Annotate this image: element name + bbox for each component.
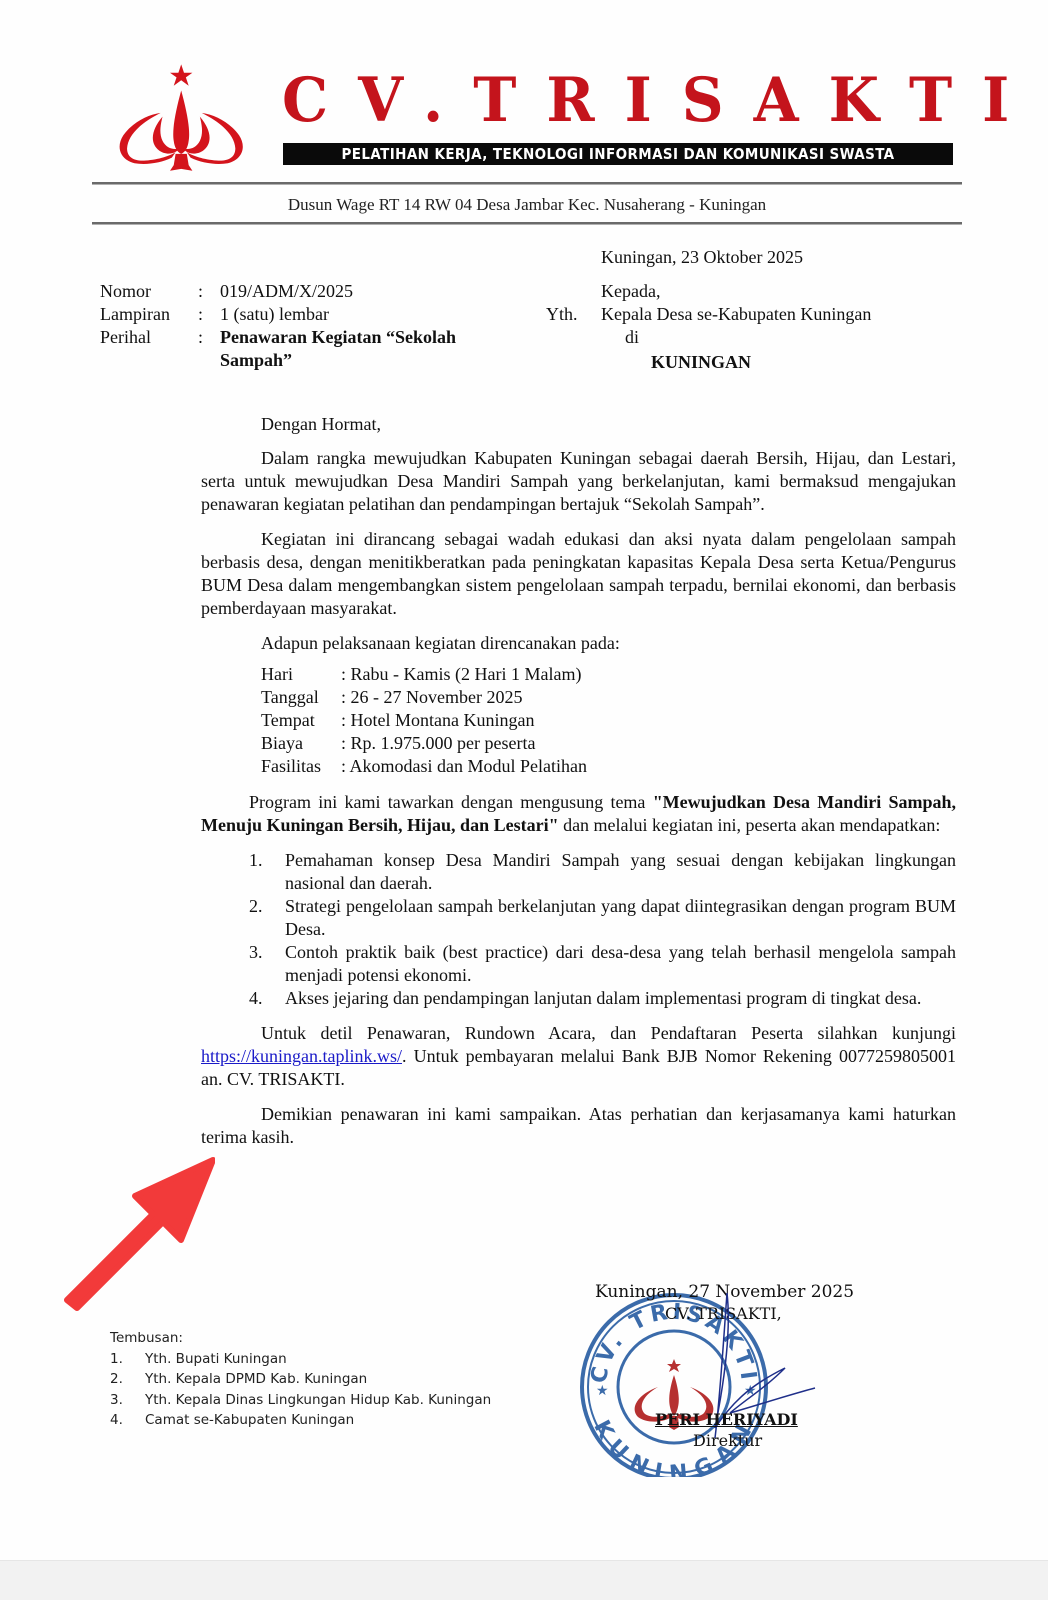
paragraph-intro: Dalam rangka mewujudkan Kabupaten Kuning… [201, 447, 956, 516]
tembusan-item: 2. Yth. Kepala DPMD Kab. Kuningan [110, 1369, 491, 1390]
recipient-yth: Yth. [546, 303, 578, 326]
paragraph-theme: Program ini kami tawarkan dengan mengusu… [201, 791, 956, 837]
tembusan-item: 3. Yth. Kepala Dinas Lingkungan Hidup Ka… [110, 1390, 491, 1411]
tembusan-title: Tembusan: [110, 1328, 491, 1349]
letter-body: Dengan Hormat, Dalam rangka mewujudkan K… [201, 413, 956, 1149]
svg-text:★: ★ [596, 1384, 609, 1399]
tembusan-block: Tembusan: 1. Yth. Bupati Kuningan 2. Yth… [110, 1328, 491, 1431]
company-logo-icon [114, 54, 254, 182]
schedule-label: Hari [261, 663, 341, 686]
recipient-name: Kepala Desa se-Kabupaten Kuningan [601, 303, 961, 326]
paragraph-closing: Demikian penawaran ini kami sampaikan. A… [201, 1103, 956, 1149]
benefit-number: 1. [249, 849, 285, 895]
schedule-label: Biaya [261, 732, 341, 755]
meta-colon: : [198, 326, 220, 372]
benefit-number: 3. [249, 941, 285, 987]
meta-label: Nomor [100, 280, 198, 303]
benefit-text: Contoh praktik baik (best practice) dari… [285, 941, 956, 987]
recipient-city: KUNINGAN [601, 351, 961, 374]
benefit-text: Pemahaman konsep Desa Mandiri Sampah yan… [285, 849, 956, 895]
schedule-label: Tempat [261, 709, 341, 732]
meta-row-nomor: Nomor : 019/ADM/X/2025 [100, 280, 520, 303]
tembusan-item: 1. Yth. Bupati Kuningan [110, 1349, 491, 1370]
schedule-row: Fasilitas : Akomodasi dan Modul Pelatiha… [261, 755, 956, 778]
schedule-value: : 26 - 27 November 2025 [341, 686, 522, 709]
meta-label: Perihal [100, 326, 198, 372]
tembusan-text: Yth. Bupati Kuningan [145, 1349, 287, 1370]
schedule-row: Tanggal : 26 - 27 November 2025 [261, 686, 956, 709]
recipient-di: di [601, 326, 961, 349]
benefit-item: 3. Contoh praktik baik (best practice) d… [249, 941, 956, 987]
schedule-label: Tanggal [261, 686, 341, 709]
schedule-row: Tempat : Hotel Montana Kuningan [261, 709, 956, 732]
meta-label: Lampiran [100, 303, 198, 326]
benefit-text: Strategi pengelolaan sampah berkelanjuta… [285, 895, 956, 941]
tembusan-item: 4. Camat se-Kabupaten Kuningan [110, 1410, 491, 1431]
schedule-value: : Rp. 1.975.000 per peserta [341, 732, 535, 755]
tembusan-number: 3. [110, 1390, 145, 1411]
registration-link[interactable]: https://kuningan.taplink.ws/ [201, 1046, 402, 1066]
header-rule-top [92, 182, 962, 185]
paragraph-registration: Untuk detil Penawaran, Rundown Acara, da… [201, 1022, 956, 1091]
benefit-text: Akses jejaring dan pendampingan lanjutan… [285, 987, 956, 1010]
schedule-row: Hari : Rabu - Kamis (2 Hari 1 Malam) [261, 663, 956, 686]
letter-meta: Nomor : 019/ADM/X/2025 Lampiran : 1 (sat… [100, 280, 520, 372]
benefit-number: 2. [249, 895, 285, 941]
schedule-value: : Hotel Montana Kuningan [341, 709, 534, 732]
tembusan-text: Yth. Kepala DPMD Kab. Kuningan [145, 1369, 367, 1390]
registration-pre: Untuk detil Penawaran, Rundown Acara, da… [261, 1023, 956, 1043]
schedule-row: Biaya : Rp. 1.975.000 per peserta [261, 732, 956, 755]
theme-post: dan melalui kegiatan ini, peserta akan m… [559, 815, 941, 835]
tembusan-number: 1. [110, 1349, 145, 1370]
tembusan-number: 4. [110, 1410, 145, 1431]
schedule-list: Hari : Rabu - Kamis (2 Hari 1 Malam) Tan… [261, 663, 956, 778]
benefits-list: 1. Pemahaman konsep Desa Mandiri Sampah … [201, 849, 956, 1010]
company-tagline: PELATIHAN KERJA, TEKNOLOGI INFORMASI DAN… [283, 143, 953, 165]
meta-row-lampiran: Lampiran : 1 (satu) lembar [100, 303, 520, 326]
tembusan-text: Camat se-Kabupaten Kuningan [145, 1410, 354, 1431]
letter-date: Kuningan, 23 Oktober 2025 [601, 245, 803, 269]
red-arrow-icon [55, 1150, 215, 1315]
company-name: CV.TRISAKTI [282, 58, 962, 142]
tembusan-text: Yth. Kepala Dinas Lingkungan Hidup Kab. … [145, 1390, 491, 1411]
schedule-value: : Akomodasi dan Modul Pelatihan [341, 755, 587, 778]
benefit-item: 2. Strategi pengelolaan sampah berkelanj… [249, 895, 956, 941]
theme-pre: Program ini kami tawarkan dengan mengusu… [249, 792, 653, 812]
company-address: Dusun Wage RT 14 RW 04 Desa Jambar Kec. … [92, 193, 962, 217]
meta-row-perihal: Perihal : Penawaran Kegiatan “Sekolah Sa… [100, 326, 520, 372]
benefit-item: 1. Pemahaman konsep Desa Mandiri Sampah … [249, 849, 956, 895]
paragraph-description: Kegiatan ini dirancang sebagai wadah edu… [201, 528, 956, 620]
benefit-item: 4. Akses jejaring dan pendampingan lanju… [249, 987, 956, 1010]
meta-colon: : [198, 280, 220, 303]
benefit-number: 4. [249, 987, 285, 1010]
signatory-title: Direktur [693, 1431, 762, 1450]
signature-block: CV. TRISAKTI KUNINGAN ★ ★ Kuningan, 27 N… [560, 1280, 890, 1470]
schedule-label: Fasilitas [261, 755, 341, 778]
meta-colon: : [198, 303, 220, 326]
schedule-value: : Rabu - Kamis (2 Hari 1 Malam) [341, 663, 581, 686]
meta-value-subject: Penawaran Kegiatan “Sekolah Sampah” [220, 326, 500, 372]
meta-value: 019/ADM/X/2025 [220, 280, 520, 303]
viewer-bottom-bar [0, 1560, 1048, 1600]
recipient-kepada: Kepada, [601, 280, 961, 303]
paragraph-schedule-intro: Adapun pelaksanaan kegiatan direncanakan… [201, 632, 956, 655]
tembusan-number: 2. [110, 1369, 145, 1390]
header-rule-bottom [92, 222, 962, 225]
greeting: Dengan Hormat, [201, 413, 956, 436]
signatory-name: PERI HERIYADI [655, 1410, 798, 1429]
meta-value: 1 (satu) lembar [220, 303, 520, 326]
